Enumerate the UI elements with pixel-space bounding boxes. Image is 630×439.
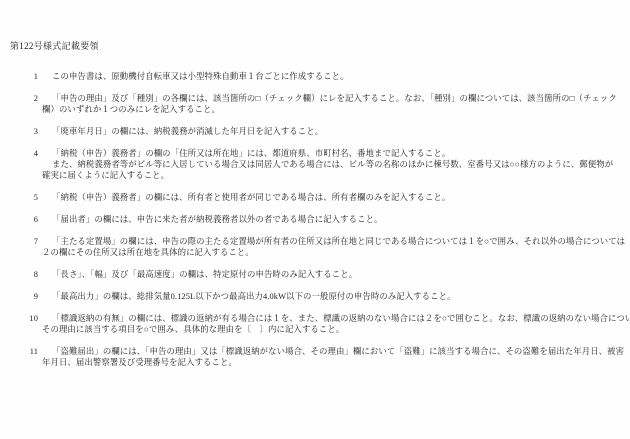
item-number: 4	[10, 148, 38, 159]
item-line: 6「届出者」の欄には、申告に来た者が納税義務者以外の者である場合に記入すること。	[10, 214, 622, 225]
item-number: 8	[10, 269, 38, 280]
item-number: 1	[10, 71, 38, 82]
item-line: また、納税義務者等がビル等に入居している場合又は同居人である場合には、ビル等の名…	[10, 159, 622, 170]
item-line: ２の欄にその住所又は所在地を具体的に記入すること。	[10, 247, 622, 258]
item-text: 「納税（申告）義務者」の欄には、所有者と使用者が同じである場合は、所有者欄のみを…	[52, 193, 450, 202]
item-line: 7「主たる定置場」の欄には、申告の際の主たる定置場が所有者の住所又は所在地と同じ…	[10, 236, 622, 247]
item-text: 「届出者」の欄には、申告に来た者が納税義務者以外の者である場合に記入すること。	[52, 215, 383, 224]
item-number: 7	[10, 236, 38, 247]
item-number: 3	[10, 126, 38, 137]
item-line: 8「長さ」、「幅」及び「最高速度」の欄は、特定原付の申告時のみ記入すること。	[10, 269, 622, 280]
item-number: 10	[10, 313, 38, 324]
item-number: 9	[10, 291, 38, 302]
item-text: 「長さ」、「幅」及び「最高速度」の欄は、特定原付の申告時のみ記入すること。	[52, 270, 357, 279]
item-line: 9「最高出力」の欄は、総排気量0.125L以下かつ最高出力4.0kW以下の一般原…	[10, 291, 622, 302]
instruction-list: 1この申告書は、原動機付自転車又は小型特殊自動車１台ごとに作成すること。2「申告…	[10, 71, 622, 368]
item-line: 確実に届くように記入すること。	[10, 170, 622, 181]
item-line: 4「納税（申告）義務者」の欄の「住所又は所在地」には、都道府県、市町村名、番地ま…	[10, 148, 622, 159]
item-text: 「廃車年月日」の欄には、納税義務が消滅した年月日を記入すること。	[52, 127, 323, 136]
item-line: 5「納税（申告）義務者」の欄には、所有者と使用者が同じである場合は、所有者欄のみ…	[10, 192, 622, 203]
item-line: 2「申告の理由」及び「種別」の各欄には、該当箇所の□（チェック欄）にレを記入する…	[10, 93, 622, 104]
item-line: 3「廃車年月日」の欄には、納税義務が消滅した年月日を記入すること。	[10, 126, 622, 137]
item-text: 「主たる定置場」の欄には、申告の際の主たる定置場が所有者の住所又は所在地と同じで…	[52, 237, 625, 246]
item-text: 「納税（申告）義務者」の欄の「住所又は所在地」には、都道府県、市町村名、番地まで…	[52, 149, 450, 158]
item-number: 2	[10, 93, 38, 104]
item-line: 欄）のいずれか１つのみにレを記入すること。	[10, 104, 622, 115]
document-title: 第122号様式記載要領	[10, 40, 622, 52]
item-line: その理由に該当する項目を○で囲み、具体的な理由を〔 〕内に記入すること。	[10, 324, 622, 335]
item-text: 「盗難届出」の欄には、「申告の理由」又は「標識返納がない場合、その理由」欄におい…	[52, 347, 624, 356]
document-page: 第122号様式記載要領 1この申告書は、原動機付自転車又は小型特殊自動車１台ごと…	[0, 0, 630, 439]
item-number: 5	[10, 192, 38, 203]
item-line: 11「盗難届出」の欄には、「申告の理由」又は「標識返納がない場合、その理由」欄に…	[10, 346, 622, 357]
item-text: 「標識返納の有無」の欄には、標識の返納が有る場合には１を、また、標識の返納のない…	[52, 314, 630, 323]
item-line: 年月日、届出警察署及び受理番号を記入すること。	[10, 357, 622, 368]
item-text: 「最高出力」の欄は、総排気量0.125L以下かつ最高出力4.0kW以下の一般原付…	[52, 292, 456, 301]
item-line: 1この申告書は、原動機付自転車又は小型特殊自動車１台ごとに作成すること。	[10, 71, 622, 82]
item-number: 11	[10, 346, 38, 357]
item-text: この申告書は、原動機付自転車又は小型特殊自動車１台ごとに作成すること。	[52, 72, 349, 81]
item-text: 「申告の理由」及び「種別」の各欄には、該当箇所の□（チェック欄）にレを記入するこ…	[52, 94, 617, 103]
item-line: 10「標識返納の有無」の欄には、標識の返納が有る場合には１を、また、標識の返納の…	[10, 313, 622, 324]
item-number: 6	[10, 214, 38, 225]
